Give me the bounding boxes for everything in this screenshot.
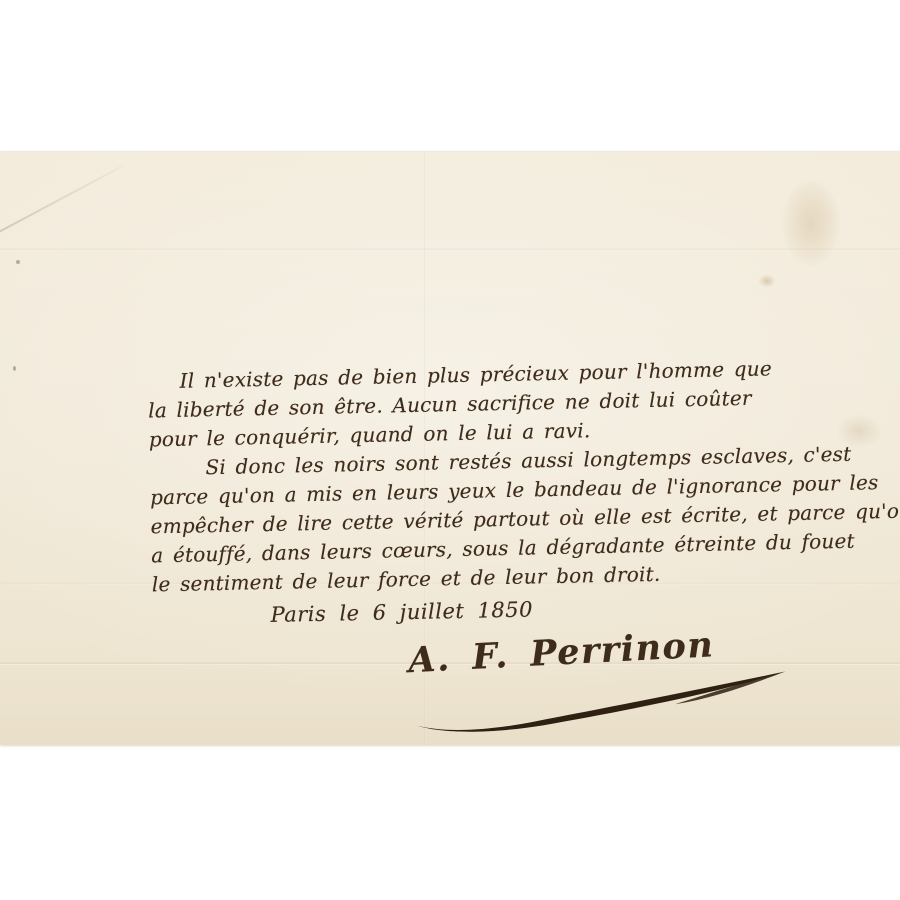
paper-speck	[13, 366, 16, 371]
letter-photograph: Il n'existe pas de bien plus précieux po…	[0, 0, 900, 900]
fold-crease-upper	[0, 248, 900, 251]
paper-sheet: Il n'existe pas de bien plus précieux po…	[0, 152, 900, 745]
signature-flourish	[412, 668, 792, 738]
letter-body: Il n'existe pas de bien plus précieux po…	[147, 353, 862, 630]
fold-crease-top-left	[0, 165, 124, 237]
foxing-stain	[782, 180, 840, 266]
foxing-stain	[758, 274, 776, 288]
paper-speck	[16, 260, 20, 264]
signature-block: A. F. Perrinon	[407, 620, 799, 681]
